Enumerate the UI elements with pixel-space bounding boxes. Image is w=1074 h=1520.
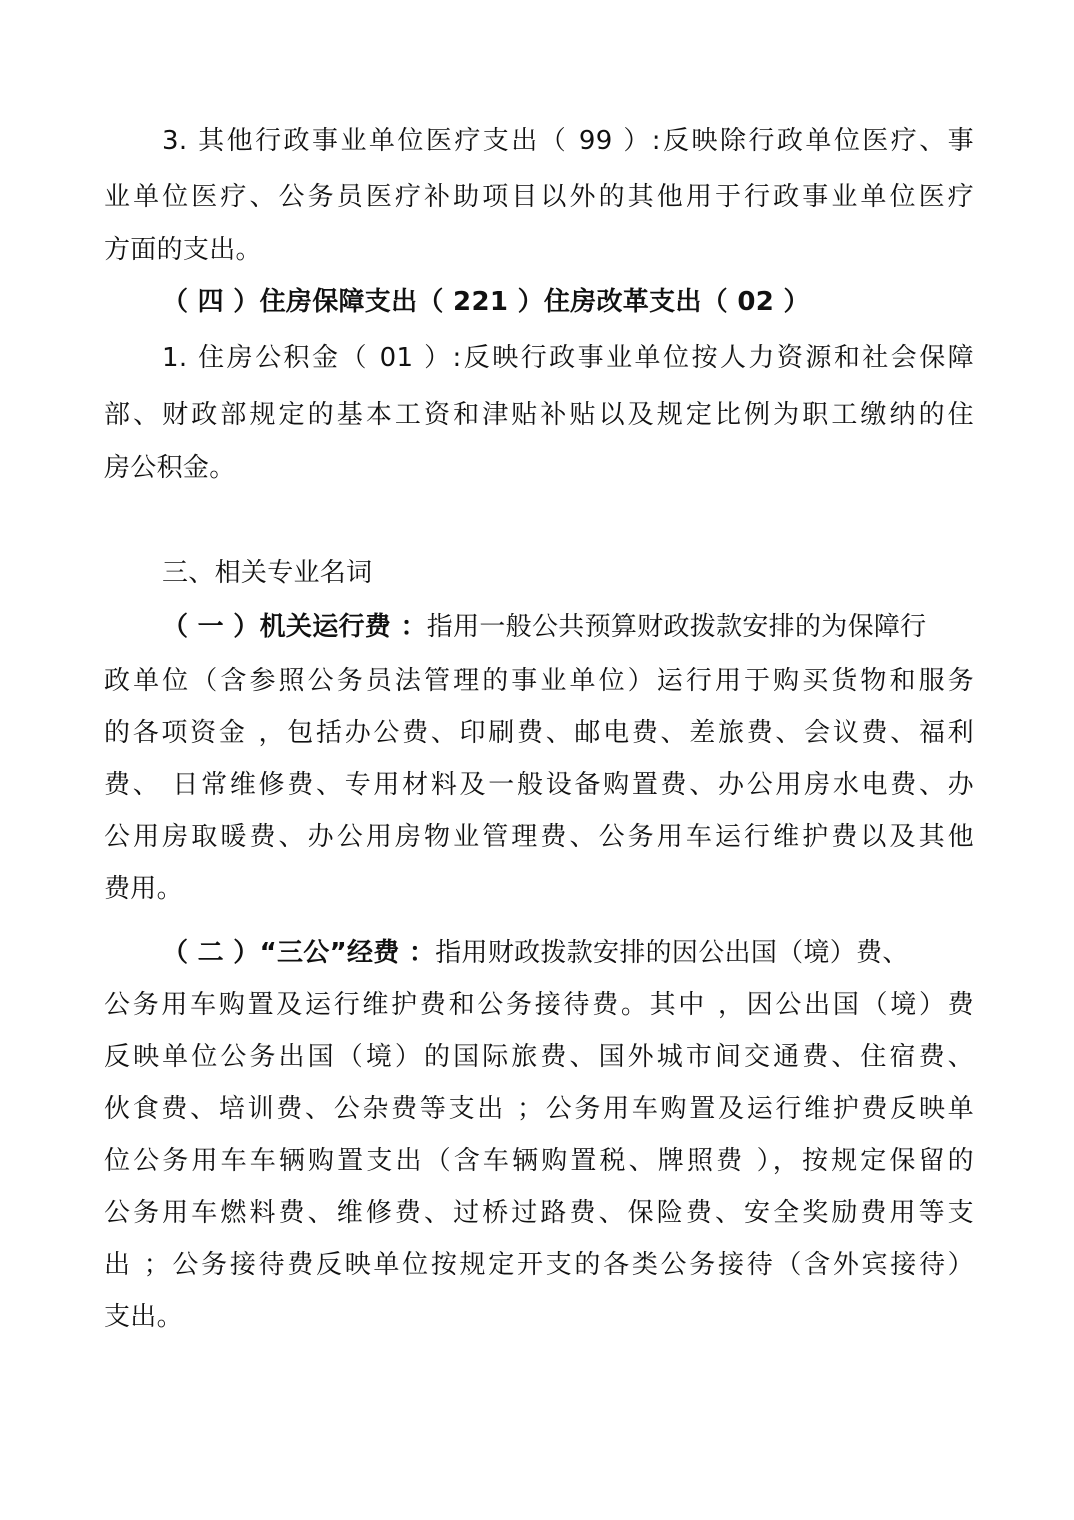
term-label: （ 二 ）“三公”经费 ： [162, 938, 435, 968]
paragraph-line: 3. 其他行政事业单位医疗支出（ 99 ）:反映除行政单位医疗、事 [162, 124, 974, 158]
paragraph-line: 反映单位公务出国（境）的国际旅费、国外城市间交通费、住宿费、 [104, 1040, 974, 1074]
term-first-line: （ 二 ）“三公”经费 ：指用财政拨款安排的因公出国（境）费、 [162, 936, 974, 970]
paragraph-line: 方面的支出。 [104, 233, 974, 267]
term-definition-start: 指用一般公共预算财政拨款安排的为保障行 [427, 612, 927, 642]
term-definition-start: 指用财政拨款安排的因公出国（境）费、 [435, 938, 908, 968]
paragraph-line: 公务用车购置及运行维护费和公务接待费。其中 ，因公出国（境）费 [104, 988, 974, 1022]
document-page: 3. 其他行政事业单位医疗支出（ 99 ）:反映除行政单位医疗、事 业单位医疗、… [0, 0, 1074, 1520]
paragraph-line: 位公务用车车辆购置支出（含车辆购置税、牌照费 ），按规定保留的 [104, 1144, 974, 1178]
paragraph-line: 公用房取暖费、办公用房物业管理费、公务用车运行维护费以及其他 [104, 820, 974, 854]
paragraph-line: 部、财政部规定的基本工资和津贴补贴以及规定比例为职工缴纳的住 [104, 398, 974, 432]
paragraph-line: 的各项资金 ，包括办公费、印刷费、邮电费、差旅费、会议费、福利 [104, 716, 974, 750]
term-label: （ 一 ）机关运行费 ： [162, 612, 427, 642]
paragraph-line: 政单位（含参照公务员法管理的事业单位）运行用于购买货物和服务 [104, 664, 974, 698]
term-first-line: （ 一 ）机关运行费 ：指用一般公共预算财政拨款安排的为保障行 [162, 610, 974, 644]
paragraph-line: 出 ；公务接待费反映单位按规定开支的各类公务接待（含外宾接待） [104, 1248, 974, 1282]
paragraph-line: 业单位医疗、公务员医疗补助项目以外的其他用于行政事业单位医疗 [104, 180, 974, 214]
section-heading: （ 四 ）住房保障支出（ 221 ）住房改革支出（ 02 ） [162, 285, 974, 319]
paragraph-line: 房公积金。 [104, 451, 974, 485]
chapter-heading: 三、相关专业名词 [162, 556, 974, 590]
paragraph-line: 费、 日常维修费、专用材料及一般设备购置费、办公用房水电费、办 [104, 768, 974, 802]
paragraph-line: 公务用车燃料费、维修费、过桥过路费、保险费、安全奖励费用等支 [104, 1196, 974, 1230]
paragraph-line: 1. 住房公积金（ 01 ）:反映行政事业单位按人力资源和社会保障 [162, 341, 974, 375]
paragraph-line: 伙食费、培训费、公杂费等支出 ；公务用车购置及运行维护费反映单 [104, 1092, 974, 1126]
paragraph-line: 支出。 [104, 1300, 974, 1334]
paragraph-line: 费用。 [104, 872, 974, 906]
